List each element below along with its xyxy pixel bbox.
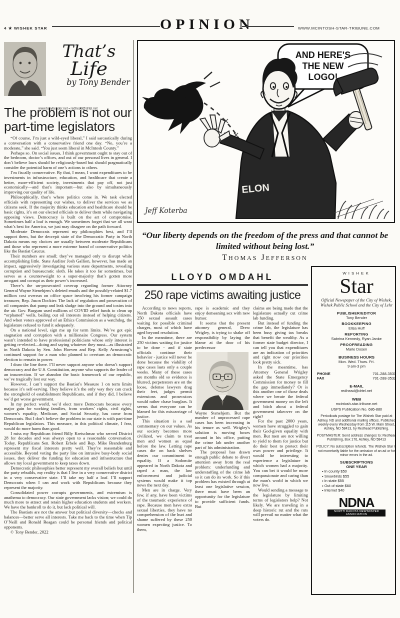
omdahl-headline: 250 rape victims awaiting justice [137, 289, 308, 302]
newspaper-opinion-page: 4 ★ WISHEK STAR OPINION NOVEMBER 2, 2022… [0, 0, 400, 618]
masthead-info-box: WISHEK Star Official Newspaper of the Ci… [311, 266, 396, 595]
omdahl-body-wrap: According to news reports, North Dakota … [137, 306, 308, 594]
article-paragraph: Philosophically, that’s where politics c… [4, 195, 132, 229]
omdahl-column-3: claims are being made that the legislatu… [253, 306, 308, 532]
article-paragraph: This situation is a sad commentary on ou… [137, 419, 192, 488]
article-paragraph: Men are in charge. Very few, if any, hav… [137, 488, 192, 532]
periodicals-notice: Periodicals postage for The Wishek Star … [315, 415, 396, 431]
subscription-rates: • In county $50• Snowbirds $55• In state… [315, 469, 396, 492]
business-hours-time: 9 am-3 pm [315, 364, 396, 369]
article-paragraph: On a national level, sign me up for term… [4, 328, 132, 362]
article-paragraph: Their numbers are small; they’ve managed… [4, 254, 132, 284]
fax-number: 701-288-3532 [373, 376, 396, 381]
tony-bender-photo [4, 42, 46, 96]
masthead-name: Star [315, 276, 396, 297]
left-article-body: “Of course, I’m just a wild-eyed liberal… [4, 136, 132, 535]
cartoonist-signature: Jeff Koterba [143, 207, 187, 215]
left-article-body-wrap: “Of course, I’m just a wild-eyed liberal… [4, 136, 132, 593]
article-paragraph: “Of course, I’m just a wild-eyed liberal… [4, 136, 132, 151]
subscription-rate-item: • Internet $40 [315, 488, 396, 493]
bubble-text-line2: THE NEW [302, 61, 344, 71]
cartoon-art: AND HERE'S THE NEW LOGO! [138, 41, 391, 219]
article-paragraph: Perhaps so. On social issues, I think go… [4, 151, 132, 171]
article-paragraph: claims are being made that the legislatu… [253, 306, 308, 321]
quote-attribution: Thomas Jefferson [140, 253, 390, 262]
omdahl-rule [137, 284, 308, 286]
article-paragraph: I draw the line there. I’ll never suppor… [4, 362, 132, 382]
article-paragraph: © Tony Bender, 2022 [4, 530, 132, 535]
bubble-text-line1: AND HERE'S [295, 50, 350, 60]
column-separator [133, 40, 134, 593]
website-url: WWW.MCINTOSH-STAR-TRIBUNE.COM [298, 26, 400, 31]
header-rule-left [52, 26, 160, 27]
web-value: mcintosh-star-tribune.net [315, 401, 396, 406]
article-paragraph: There’s the un-prosecuted coverup regard… [4, 284, 132, 328]
ndna-caption: NORTH DAKOTA NEWSPAPER ASSOCIATION [328, 510, 386, 517]
article-paragraph: According to news reports, North Dakota … [137, 306, 192, 336]
article-paragraph: In the meantime, has Attorney General Wr… [253, 365, 308, 419]
article-paragraph: Democratic philosophies better represent… [4, 466, 132, 491]
ndna-logo: NDNA [315, 496, 396, 509]
email-value: redhead@drtel.net [315, 389, 396, 394]
bubble-text-line3: LOGO! [308, 72, 338, 82]
tony-bender-portrait-art [4, 42, 46, 96]
article-paragraph: rape is academic and they enjoy demeanin… [195, 306, 250, 321]
left-article-headline: The problem is not our part-time legisla… [4, 106, 132, 134]
editorial-cartoon: AND HERE'S THE NEW LOGO! [137, 40, 395, 223]
omdahl-column-1: According to news reports, North Dakota … [137, 306, 192, 532]
stenehjem-photo [197, 352, 249, 410]
article-paragraph: But instead of funding the crime lab, th… [253, 321, 308, 365]
fax-label: FAX [317, 376, 324, 381]
article-paragraph: However, I can’t support the Bastiat’s M… [4, 382, 132, 402]
article-paragraph: Would sending a message to the legislatu… [253, 488, 308, 522]
website-wrap: WWW.MCINTOSH-STAR-TRIBUNE.COM [298, 20, 400, 38]
article-paragraph: It seems that the present attorney gener… [195, 321, 250, 351]
section-title: OPINION [160, 17, 240, 34]
column-title-line2: Life [48, 60, 130, 78]
article-paragraph: For the past 2000 years, women have stru… [253, 419, 308, 488]
article-paragraph: In the meantime, there are 250 victims w… [137, 336, 192, 420]
staff-names: Tony Bender [315, 315, 396, 320]
article-paragraph: I miss my Republican friend Billy Kretsc… [4, 431, 132, 465]
stenehjem-portrait-art [197, 352, 249, 410]
press-freedom-quote: “Our liberty depends on the freedom of t… [140, 230, 390, 262]
omdahl-column-2-bottom: Wayne Stenehjem. But the number of unpro… [195, 411, 250, 509]
column-byline: by Tony Bender [48, 78, 130, 87]
article-paragraph: In my perfect world, we’d elect more Dem… [4, 402, 132, 432]
thats-life-masthead: That’s Life by Tony Bender [48, 44, 130, 87]
article-paragraph: The proposal has drawn enough public deb… [195, 450, 250, 509]
staff-names: Elisa Huff [315, 326, 396, 331]
fax-row: FAX 701-288-3532 [315, 376, 396, 381]
article-paragraph: Moderate Democrats represent my philosop… [4, 230, 132, 255]
staff-names: Marie Dosen [315, 347, 396, 352]
omdahl-column-2: rape is academic and they enjoy demeanin… [195, 306, 250, 532]
omdahl-column-2-top: rape is academic and they enjoy demeanin… [195, 306, 250, 350]
usps-number: USPS Publication No. 686-880 [315, 407, 396, 412]
masthead-tagline: Official Newspaper of the City of Wishek… [315, 298, 396, 308]
header-rule-right [242, 26, 294, 27]
quote-text: “Our liberty depends on the freedom of t… [140, 230, 390, 252]
postmaster-notice: POSTMASTER: Send address changes to: Red… [315, 434, 396, 442]
article-paragraph: The Bastiats are not the answer but poli… [4, 510, 132, 530]
page-folio: 4 ★ WISHEK STAR [4, 20, 90, 38]
article-paragraph: Consolidated power corrupts governments,… [4, 490, 132, 510]
staff-names: Sabrina Kennedy, Ryan Janke [315, 336, 396, 341]
article-paragraph: Wayne Stenehjem. But the number of unpro… [195, 411, 250, 450]
article-paragraph: I’m fiscally conservative. By that, I me… [4, 170, 132, 195]
policy-notice: POLICY: No subscription refunds. The Wis… [315, 445, 396, 457]
omdahl-columnist-name: LLOYD OMDAHL [137, 272, 308, 282]
